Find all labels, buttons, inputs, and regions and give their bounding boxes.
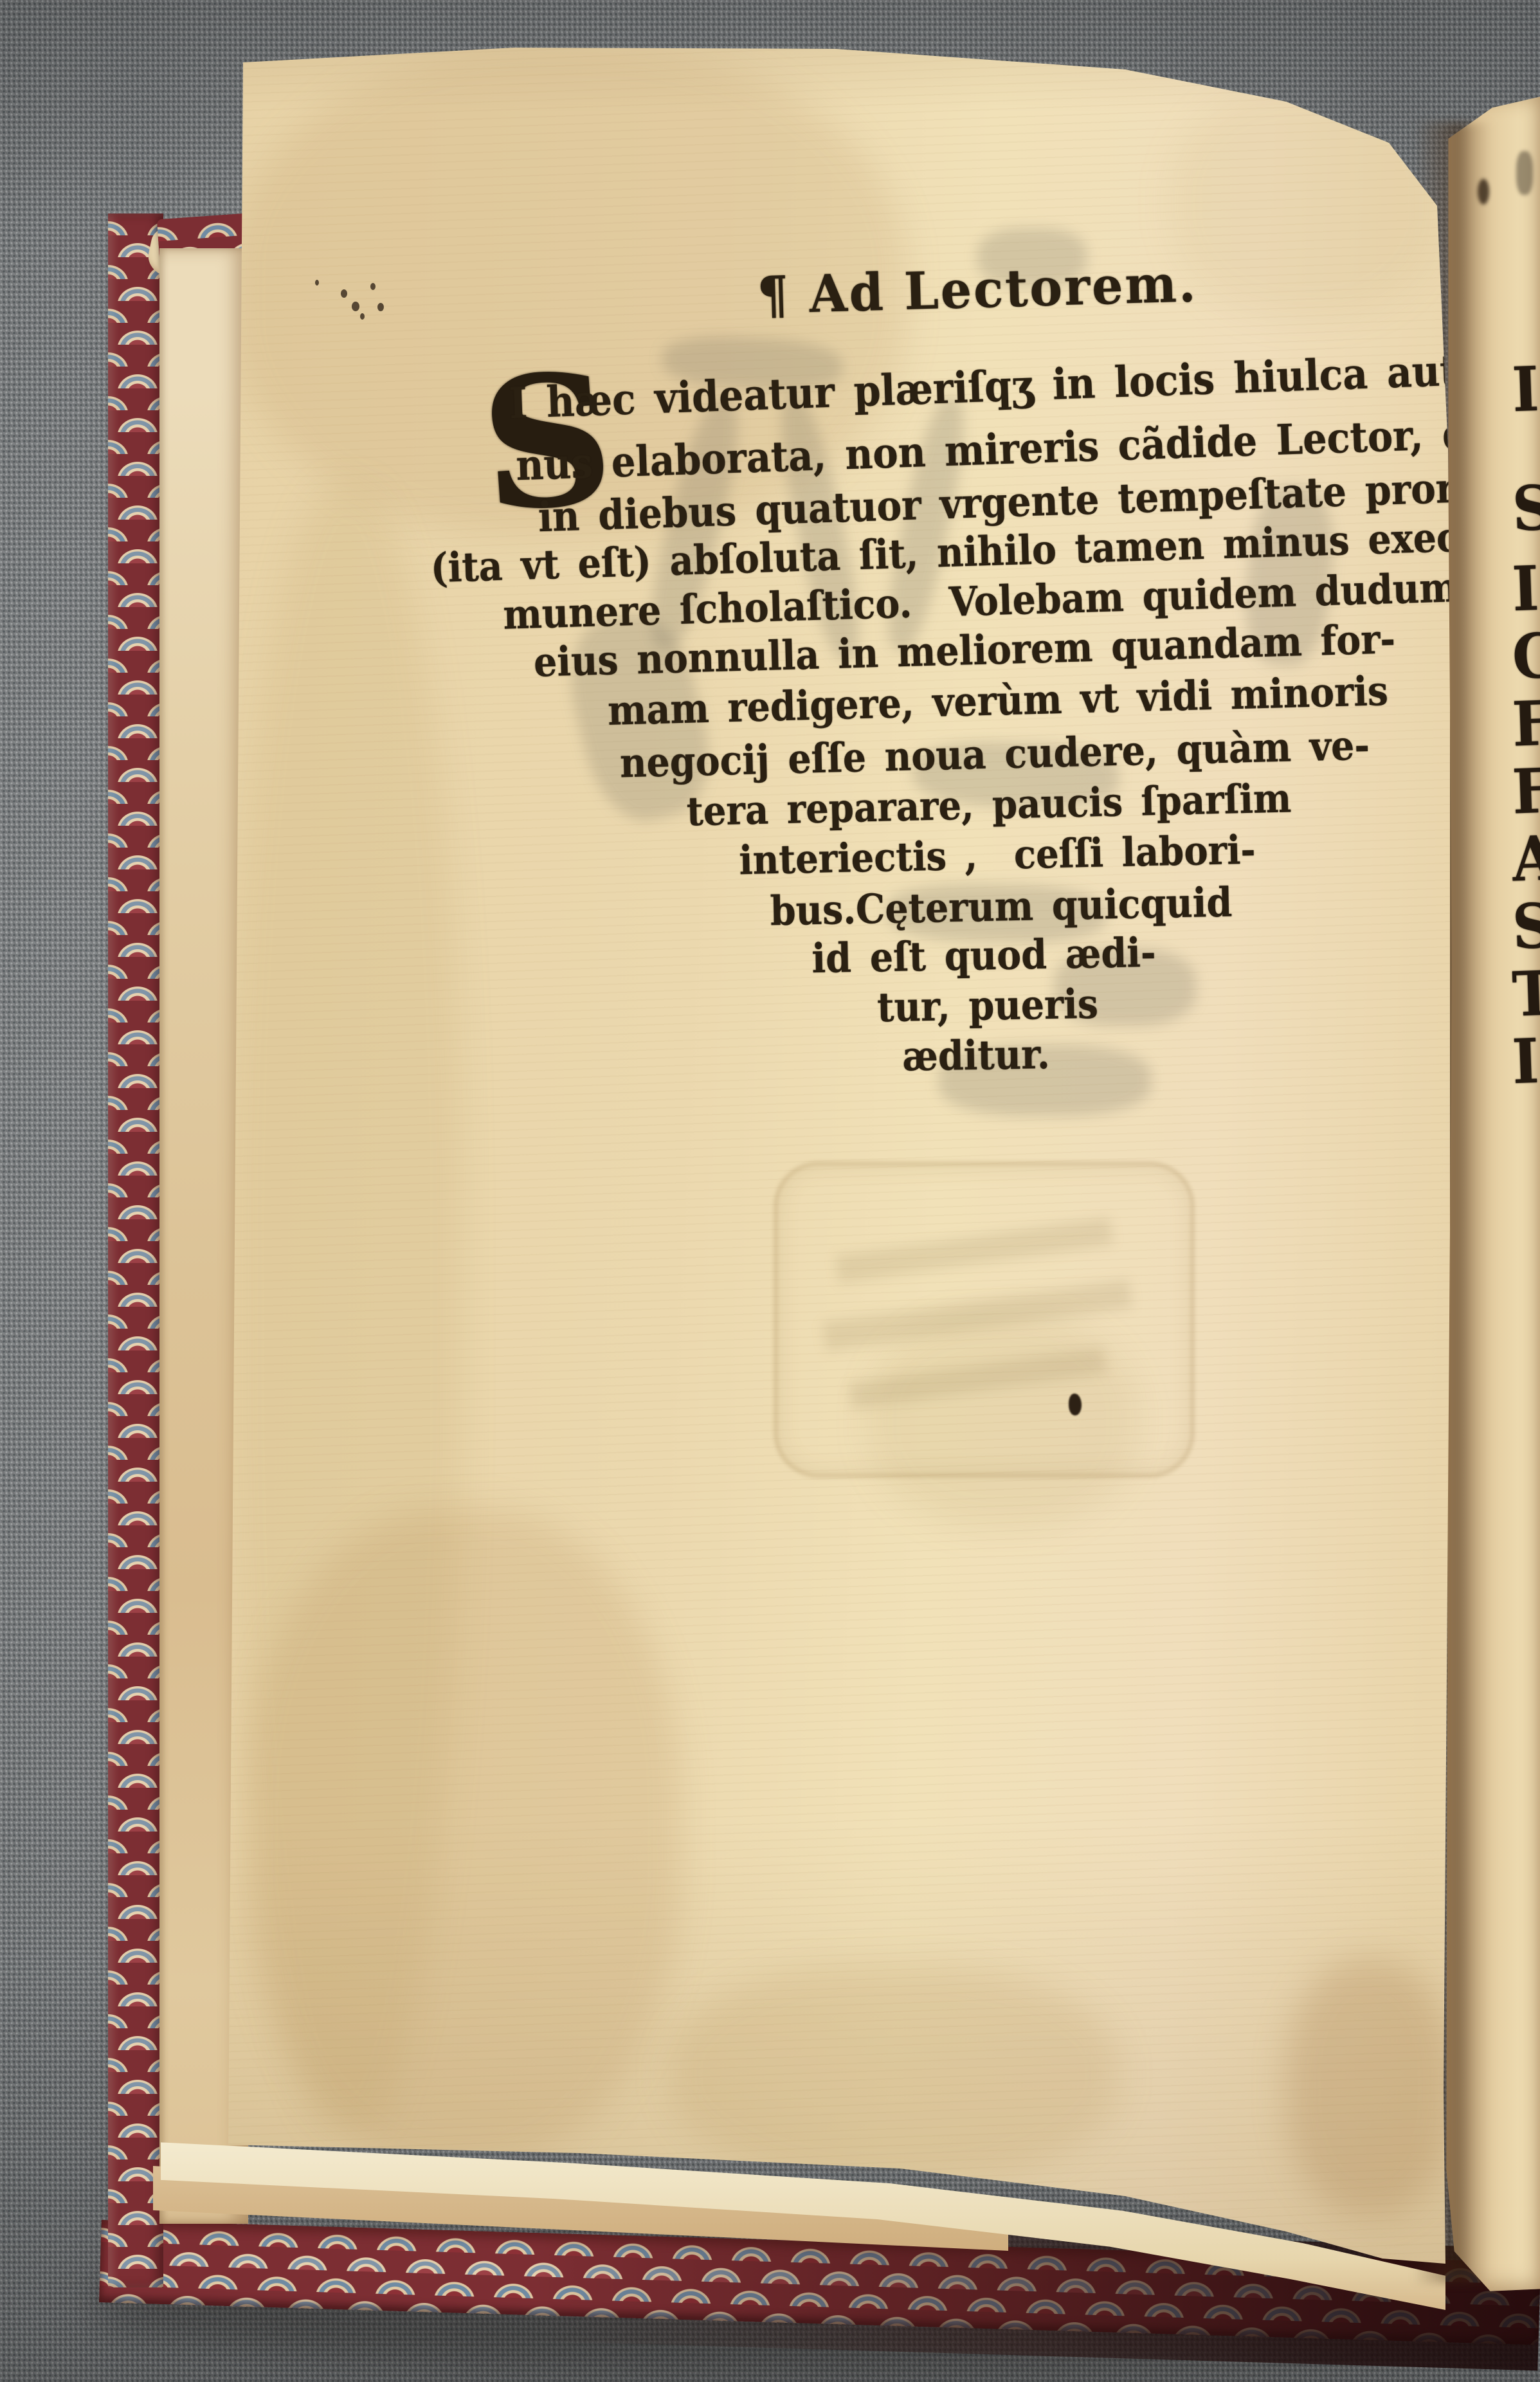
marbled-board-left-edge (108, 214, 163, 2287)
ink-smudge (1516, 151, 1533, 195)
facing-page-partial-letter: S (1511, 471, 1540, 545)
photo-of-open-book: ISICFFASTI ¶ Ad Lectorem. S I hæc videat… (0, 0, 1540, 2382)
page-heading: ¶ Ad Lectorem. (757, 253, 1199, 326)
facing-page-partial-letter: I (1511, 1024, 1540, 1098)
text-line: id eſt quod ædi- (811, 929, 1156, 982)
ink-speck (352, 302, 359, 311)
paper-stain (1286, 1958, 1453, 2215)
facing-page-partial-letter: F (1511, 754, 1540, 828)
ink-speck (370, 283, 376, 290)
ink-speck (360, 313, 365, 320)
text-line: tur, pueris (877, 980, 1099, 1031)
ink-speck (377, 303, 384, 311)
facing-page-partial-letter: C (1511, 619, 1540, 693)
paper-stain (244, 1508, 682, 2164)
facing-page-partial-letter: I (1511, 552, 1540, 625)
facing-page-partial-letter: I (1511, 352, 1540, 426)
text-line: æditur. (902, 1030, 1051, 1080)
ink-speck (315, 280, 319, 286)
paper-stain (669, 1965, 1119, 2183)
book-page: ¶ Ad Lectorem. S I hæc videatur plæriſqʒ… (219, 35, 1450, 2270)
facing-page-partial-letter: S (1511, 889, 1540, 963)
facing-page-partial-letter: A (1511, 822, 1540, 896)
facing-page-partial-letter: T (1511, 957, 1540, 1031)
ink-blot (1069, 1394, 1082, 1415)
ink-speck (341, 289, 347, 298)
embossed-stamp (774, 1161, 1195, 1478)
facing-page-partial-letter: F (1511, 687, 1540, 761)
text-line: bus.Cęterum quicquid (770, 878, 1233, 934)
